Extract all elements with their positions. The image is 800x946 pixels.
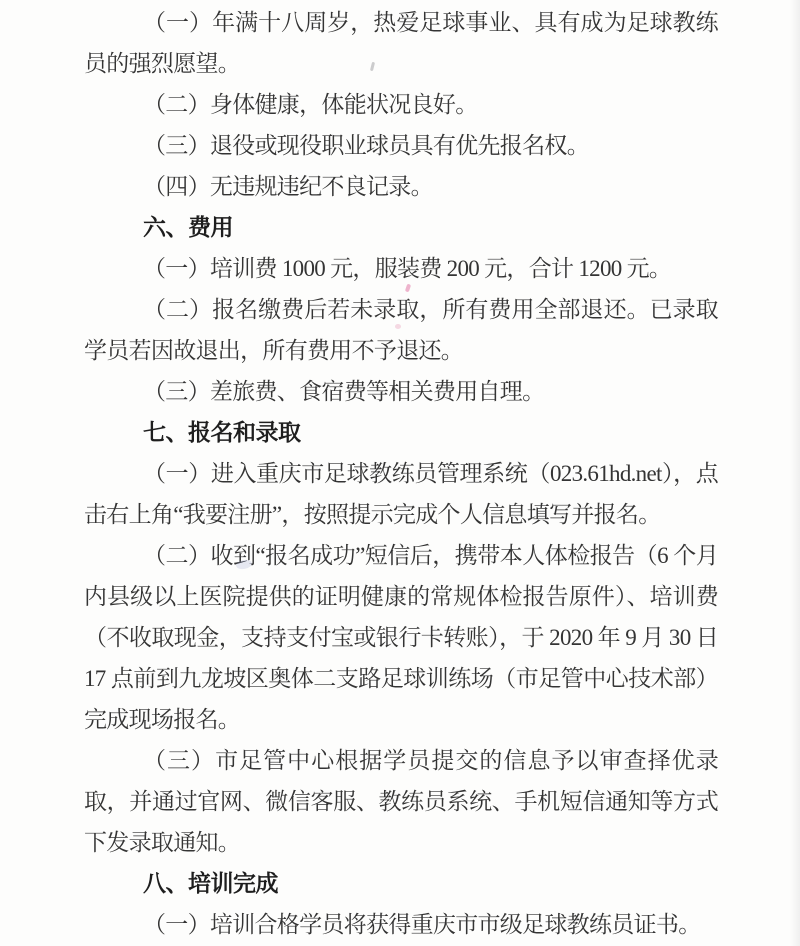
paragraph-requirement-health: （二）身体健康，体能状况良好。	[84, 84, 718, 125]
section-heading-completion: 八、培训完成	[84, 863, 718, 904]
paragraph-requirement-priority: （三）退役或现役职业球员具有优先报名权。	[84, 125, 718, 166]
paragraph-requirement-age: （一）年满十八周岁，热爱足球事业、具有成为足球教练员的强烈愿望。	[84, 2, 718, 84]
section-heading-registration: 七、报名和录取	[84, 412, 718, 453]
document-body: （一）年满十八周岁，热爱足球事业、具有成为足球教练员的强烈愿望。 （二）身体健康…	[84, 2, 718, 945]
paragraph-fee-amounts: （一）培训费 1000 元，服装费 200 元，合计 1200 元。	[84, 248, 718, 289]
paragraph-certificate: （一）培训合格学员将获得重庆市市级足球教练员证书。	[84, 904, 718, 945]
paragraph-registration-online: （一）进入重庆市足球教练员管理系统（023.61hd.net），点击右上角“我要…	[84, 453, 718, 535]
scanned-document-page: （一）年满十八周岁，热爱足球事业、具有成为足球教练员的强烈愿望。 （二）身体健康…	[0, 0, 800, 946]
paragraph-fee-self-paid: （三）差旅费、食宿费等相关费用自理。	[84, 371, 718, 412]
paragraph-fee-refund-policy: （二）报名缴费后若未录取，所有费用全部退还。已录取学员若因故退出，所有费用不予退…	[84, 289, 718, 371]
paragraph-admission-notice: （三）市足管中心根据学员提交的信息予以审查择优录取，并通过官网、微信客服、教练员…	[84, 740, 718, 863]
paragraph-requirement-record: （四）无违规违纪不良记录。	[84, 166, 718, 207]
section-heading-fees: 六、费用	[84, 207, 718, 248]
paragraph-registration-onsite: （二）收到“报名成功”短信后，携带本人体检报告（6 个月内县级以上医院提供的证明…	[84, 535, 718, 740]
scan-artifact-edge-shading	[790, 0, 800, 946]
